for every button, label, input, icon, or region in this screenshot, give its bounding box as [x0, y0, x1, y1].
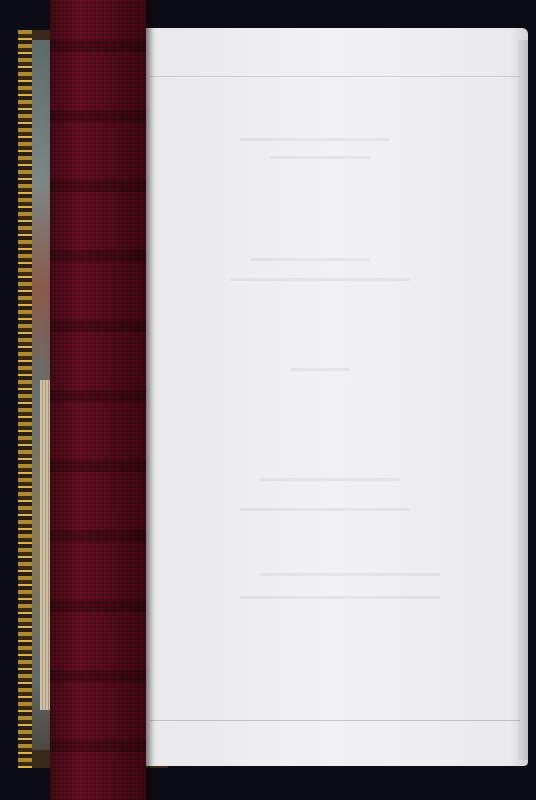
showthrough-line	[240, 596, 440, 599]
showthrough-line	[290, 368, 350, 371]
page-edge-right	[518, 40, 528, 760]
page-rule-top	[150, 76, 520, 77]
showthrough-line	[260, 478, 400, 481]
showthrough-line	[230, 278, 410, 281]
showthrough-line	[250, 258, 370, 261]
page-rule-bottom	[150, 720, 520, 721]
blank-page	[140, 28, 528, 766]
gilt-border-left	[18, 30, 32, 768]
photo-background	[0, 0, 536, 800]
velvet-ribbon-bookmark	[50, 0, 146, 800]
showthrough-line	[270, 156, 370, 159]
showthrough-line	[240, 508, 410, 511]
ribbon-folds	[50, 0, 146, 800]
showthrough-line	[260, 573, 440, 576]
showthrough-line	[240, 138, 390, 141]
